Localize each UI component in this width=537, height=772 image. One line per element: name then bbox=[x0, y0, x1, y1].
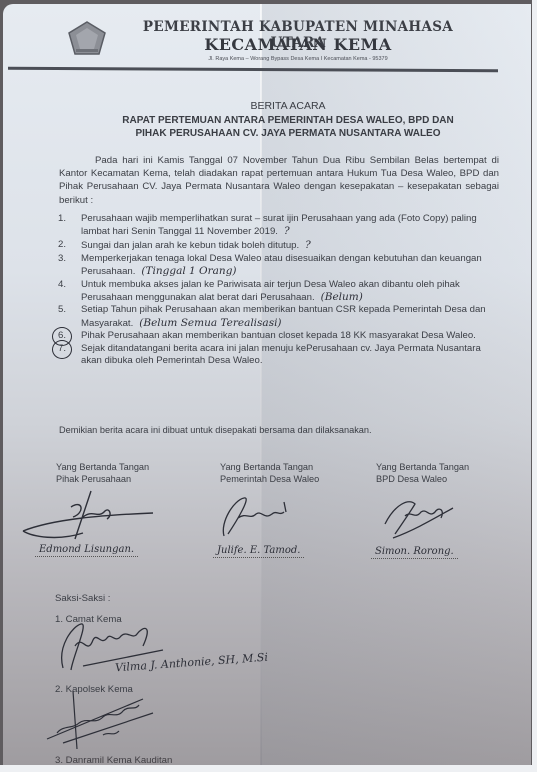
signatory-company: Yang Bertanda Tangan Pihak Perusahaan bbox=[56, 461, 196, 485]
signatory-party: Pihak Perusahaan bbox=[56, 473, 196, 485]
agreement-text: Pihak Perusahaan akan memberikan bantuan… bbox=[81, 330, 476, 341]
signatory-party: BPD Desa Waleo bbox=[376, 473, 516, 485]
agreement-item: 2.Sungai dan jalan arah ke kebun tidak b… bbox=[58, 239, 503, 252]
handwritten-note: ? bbox=[284, 225, 290, 237]
signatory-label: Yang Bertanda Tangan bbox=[220, 461, 360, 473]
regency-emblem-icon bbox=[67, 20, 107, 56]
closing-statement: Demikian berita acara ini dibuat untuk d… bbox=[59, 425, 499, 435]
agreement-number: 7. bbox=[58, 343, 66, 355]
signatory-village-government: Yang Bertanda Tangan Pemerintah Desa Wal… bbox=[220, 461, 360, 485]
witnesses-heading: Saksi-Saksi : bbox=[55, 593, 110, 604]
agreement-number: 2. bbox=[58, 239, 66, 251]
handwritten-circle-mark bbox=[52, 340, 72, 359]
agreement-number: 4. bbox=[58, 279, 66, 291]
agreement-text: Sejak ditandatangani berita acara ini ja… bbox=[81, 343, 481, 366]
agreement-number: 3. bbox=[58, 253, 66, 265]
signatory-name: Julife. E. Tamod. bbox=[213, 545, 304, 558]
agreement-number: 5. bbox=[58, 304, 66, 316]
witness-3-label: 3. Danramil Kema Kauditan bbox=[55, 755, 172, 765]
signatory-label: Yang Bertanda Tangan bbox=[56, 461, 196, 473]
document-page: PEMERINTAH KABUPATEN MINAHASA UTARA KECA… bbox=[3, 4, 531, 765]
document-heading: BERITA ACARA bbox=[63, 100, 513, 112]
agreement-number: 1. bbox=[58, 213, 66, 225]
agreement-item: 5.Setiap Tahun pihak Perusahaan akan mem… bbox=[58, 304, 503, 329]
handwritten-note: ? bbox=[305, 239, 311, 251]
agreement-text: Sungai dan jalan arah ke kebun tidak bol… bbox=[81, 240, 299, 251]
signature-village-government bbox=[216, 492, 306, 542]
agreement-item: 3.Memperkerjakan tenaga lokal Desa Waleo… bbox=[58, 253, 503, 278]
agreement-item: 1.Perusahaan wajib memperlihatkan surat … bbox=[58, 213, 503, 238]
handwritten-note: (Belum) bbox=[321, 291, 363, 303]
agreement-text: Untuk membuka akses jalan ke Pariwisata … bbox=[81, 279, 460, 303]
agreements-list: 1.Perusahaan wajib memperlihatkan surat … bbox=[58, 213, 503, 368]
document-subtitle-line-1: RAPAT PERTEMUAN ANTARA PEMERINTAH DESA W… bbox=[63, 115, 513, 126]
agreement-item: 6.Pihak Perusahaan akan memberikan bantu… bbox=[58, 330, 503, 342]
opening-paragraph: Pada hari ini Kamis Tanggal 07 November … bbox=[59, 154, 499, 207]
agreement-text: Perusahaan wajib memperlihatkan surat – … bbox=[81, 213, 477, 237]
signature-witness-2 bbox=[43, 689, 183, 749]
signatory-bpd: Yang Bertanda Tangan BPD Desa Waleo bbox=[376, 461, 516, 485]
signatory-name: Edmond Lisungan. bbox=[35, 544, 138, 557]
signature-company bbox=[13, 489, 173, 544]
signatory-name: Simon. Rorong. bbox=[371, 546, 458, 559]
handwritten-note: (Belum Semua Terealisasi) bbox=[139, 317, 281, 329]
signature-bpd bbox=[375, 494, 465, 544]
letterhead-line-2: KECAMATAN KEMA bbox=[123, 35, 473, 54]
document-subtitle-line-2: PIHAK PERUSAHAAN CV. JAYA PERMATA NUSANT… bbox=[63, 128, 513, 139]
signatory-label: Yang Bertanda Tangan bbox=[376, 461, 516, 473]
agreement-item: 7.Sejak ditandatangani berita acara ini … bbox=[58, 343, 503, 367]
agreement-item: 4.Untuk membuka akses jalan ke Pariwisat… bbox=[58, 279, 503, 304]
letterhead-address: Jl. Raya Kema – Worang Bypass Desa Kema … bbox=[123, 56, 473, 62]
handwritten-note: (Tinggal 1 Orang) bbox=[141, 265, 236, 277]
signatory-party: Pemerintah Desa Waleo bbox=[220, 473, 360, 485]
